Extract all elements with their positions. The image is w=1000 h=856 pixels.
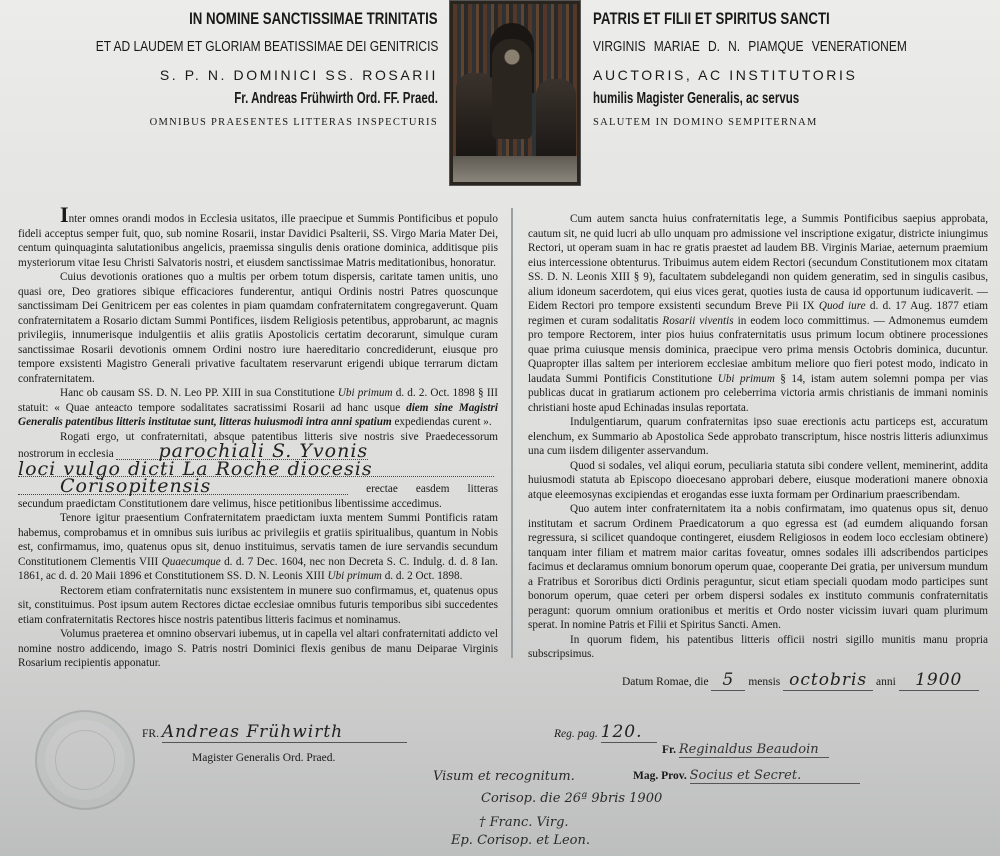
- handwritten-signature-beaudoin: Reginaldus Beaudoin: [679, 742, 829, 758]
- provincial-signature-line: Fr. Reginaldus Beaudoin: [662, 742, 829, 758]
- madonna-engraving-image: [449, 0, 581, 186]
- header-left-line-3: S. P. N. DOMINICI SS. ROSARII: [10, 68, 438, 82]
- paragraph: Rogati ergo, ut confraternitati, absque …: [18, 430, 498, 512]
- paragraph: Cuius devotionis orationes quo a multis …: [18, 270, 498, 386]
- header-right-line-3: AUCTORIS, AC INSTITUTORIS: [593, 68, 985, 82]
- right-column-text: Cum autem sancta huius confraternitatis …: [528, 212, 988, 662]
- master-general-title: Magister Generalis Ord. Praed.: [192, 752, 335, 764]
- embossed-seal: [35, 710, 135, 810]
- paragraph: Quo autem inter confraternitatem ita a n…: [528, 502, 988, 633]
- paragraph: In quorum fidem, his patentibus litteris…: [528, 633, 988, 662]
- header-right-line-5: SALUTEM IN DOMINO SEMPITERNAM: [593, 118, 985, 129]
- paragraph: Rectorem etiam confraternitatis nunc exs…: [18, 584, 498, 628]
- header-right-line-2: VIRGINIS MARIAE D. N. PIAMQUE VENERATION…: [593, 39, 907, 54]
- handwritten-mag-prov: Socius et Secret.: [690, 768, 860, 784]
- patent-letter-document: IN NOMINE SANCTISSIMAE TRINITATIS ET AD …: [0, 0, 1000, 856]
- handwritten-year: 1900: [899, 670, 979, 691]
- paragraph: Cum autem sancta huius confraternitatis …: [528, 212, 988, 415]
- header-left-line-1: IN NOMINE SANCTISSIMAE TRINITATIS: [189, 10, 438, 27]
- mag-prov-line: Mag. Prov. Socius et Secret.: [633, 768, 860, 784]
- paragraph: Tenore igitur praesentium Confraternitat…: [18, 511, 498, 584]
- header-left-line-4: Fr. Andreas Frühwirth Ord. FF. Praed.: [234, 91, 438, 107]
- paragraph: Indulgentiarum, quarum confraternitas ip…: [528, 415, 988, 459]
- drop-cap: I: [60, 202, 69, 227]
- header-right-line-4: humilis Magister Generalis, ac servus: [593, 91, 799, 107]
- header-right: PATRIS ET FILII ET SPIRITUS SANCTI VIRGI…: [593, 10, 985, 129]
- paragraph: Quod si sodales, vel aliqui eorum, pecul…: [528, 459, 988, 503]
- handwritten-month: octobris: [783, 670, 873, 691]
- dating-line: Datum Romae, die 5 mensis octobris anni …: [622, 670, 979, 691]
- header-left-line-2: ET AD LAUDEM ET GLORIAM BEATISSIMAE DEI …: [95, 39, 438, 54]
- paragraph: Volumus praeterea et omnino observari iu…: [18, 627, 498, 671]
- handwritten-signature-fruhwirth: Andreas Frühwirth: [162, 722, 407, 743]
- handwritten-diocese: Corisopitensis: [18, 479, 348, 495]
- header-right-line-1: PATRIS ET FILII ET SPIRITUS SANCTI: [593, 10, 830, 27]
- column-fold-divider: [511, 208, 513, 658]
- register-page-line: Reg. pag. 120.: [554, 722, 657, 743]
- header-left: IN NOMINE SANCTISSIMAE TRINITATIS ET AD …: [10, 10, 438, 129]
- paragraph: Inter omnes orandi modos in Ecclesia usi…: [18, 208, 498, 270]
- handwritten-day: 5: [711, 670, 745, 691]
- left-column-text: Inter omnes orandi modos in Ecclesia usi…: [18, 208, 498, 671]
- paragraph: Hanc ob causam SS. D. N. Leo PP. XIII in…: [18, 386, 498, 430]
- handwritten-register-page: 120.: [601, 722, 657, 743]
- master-general-signature-line: FR. Andreas Frühwirth: [142, 722, 407, 743]
- header-left-line-5: OMNIBUS PRAESENTES LITTERAS INSPECTURIS: [10, 118, 438, 129]
